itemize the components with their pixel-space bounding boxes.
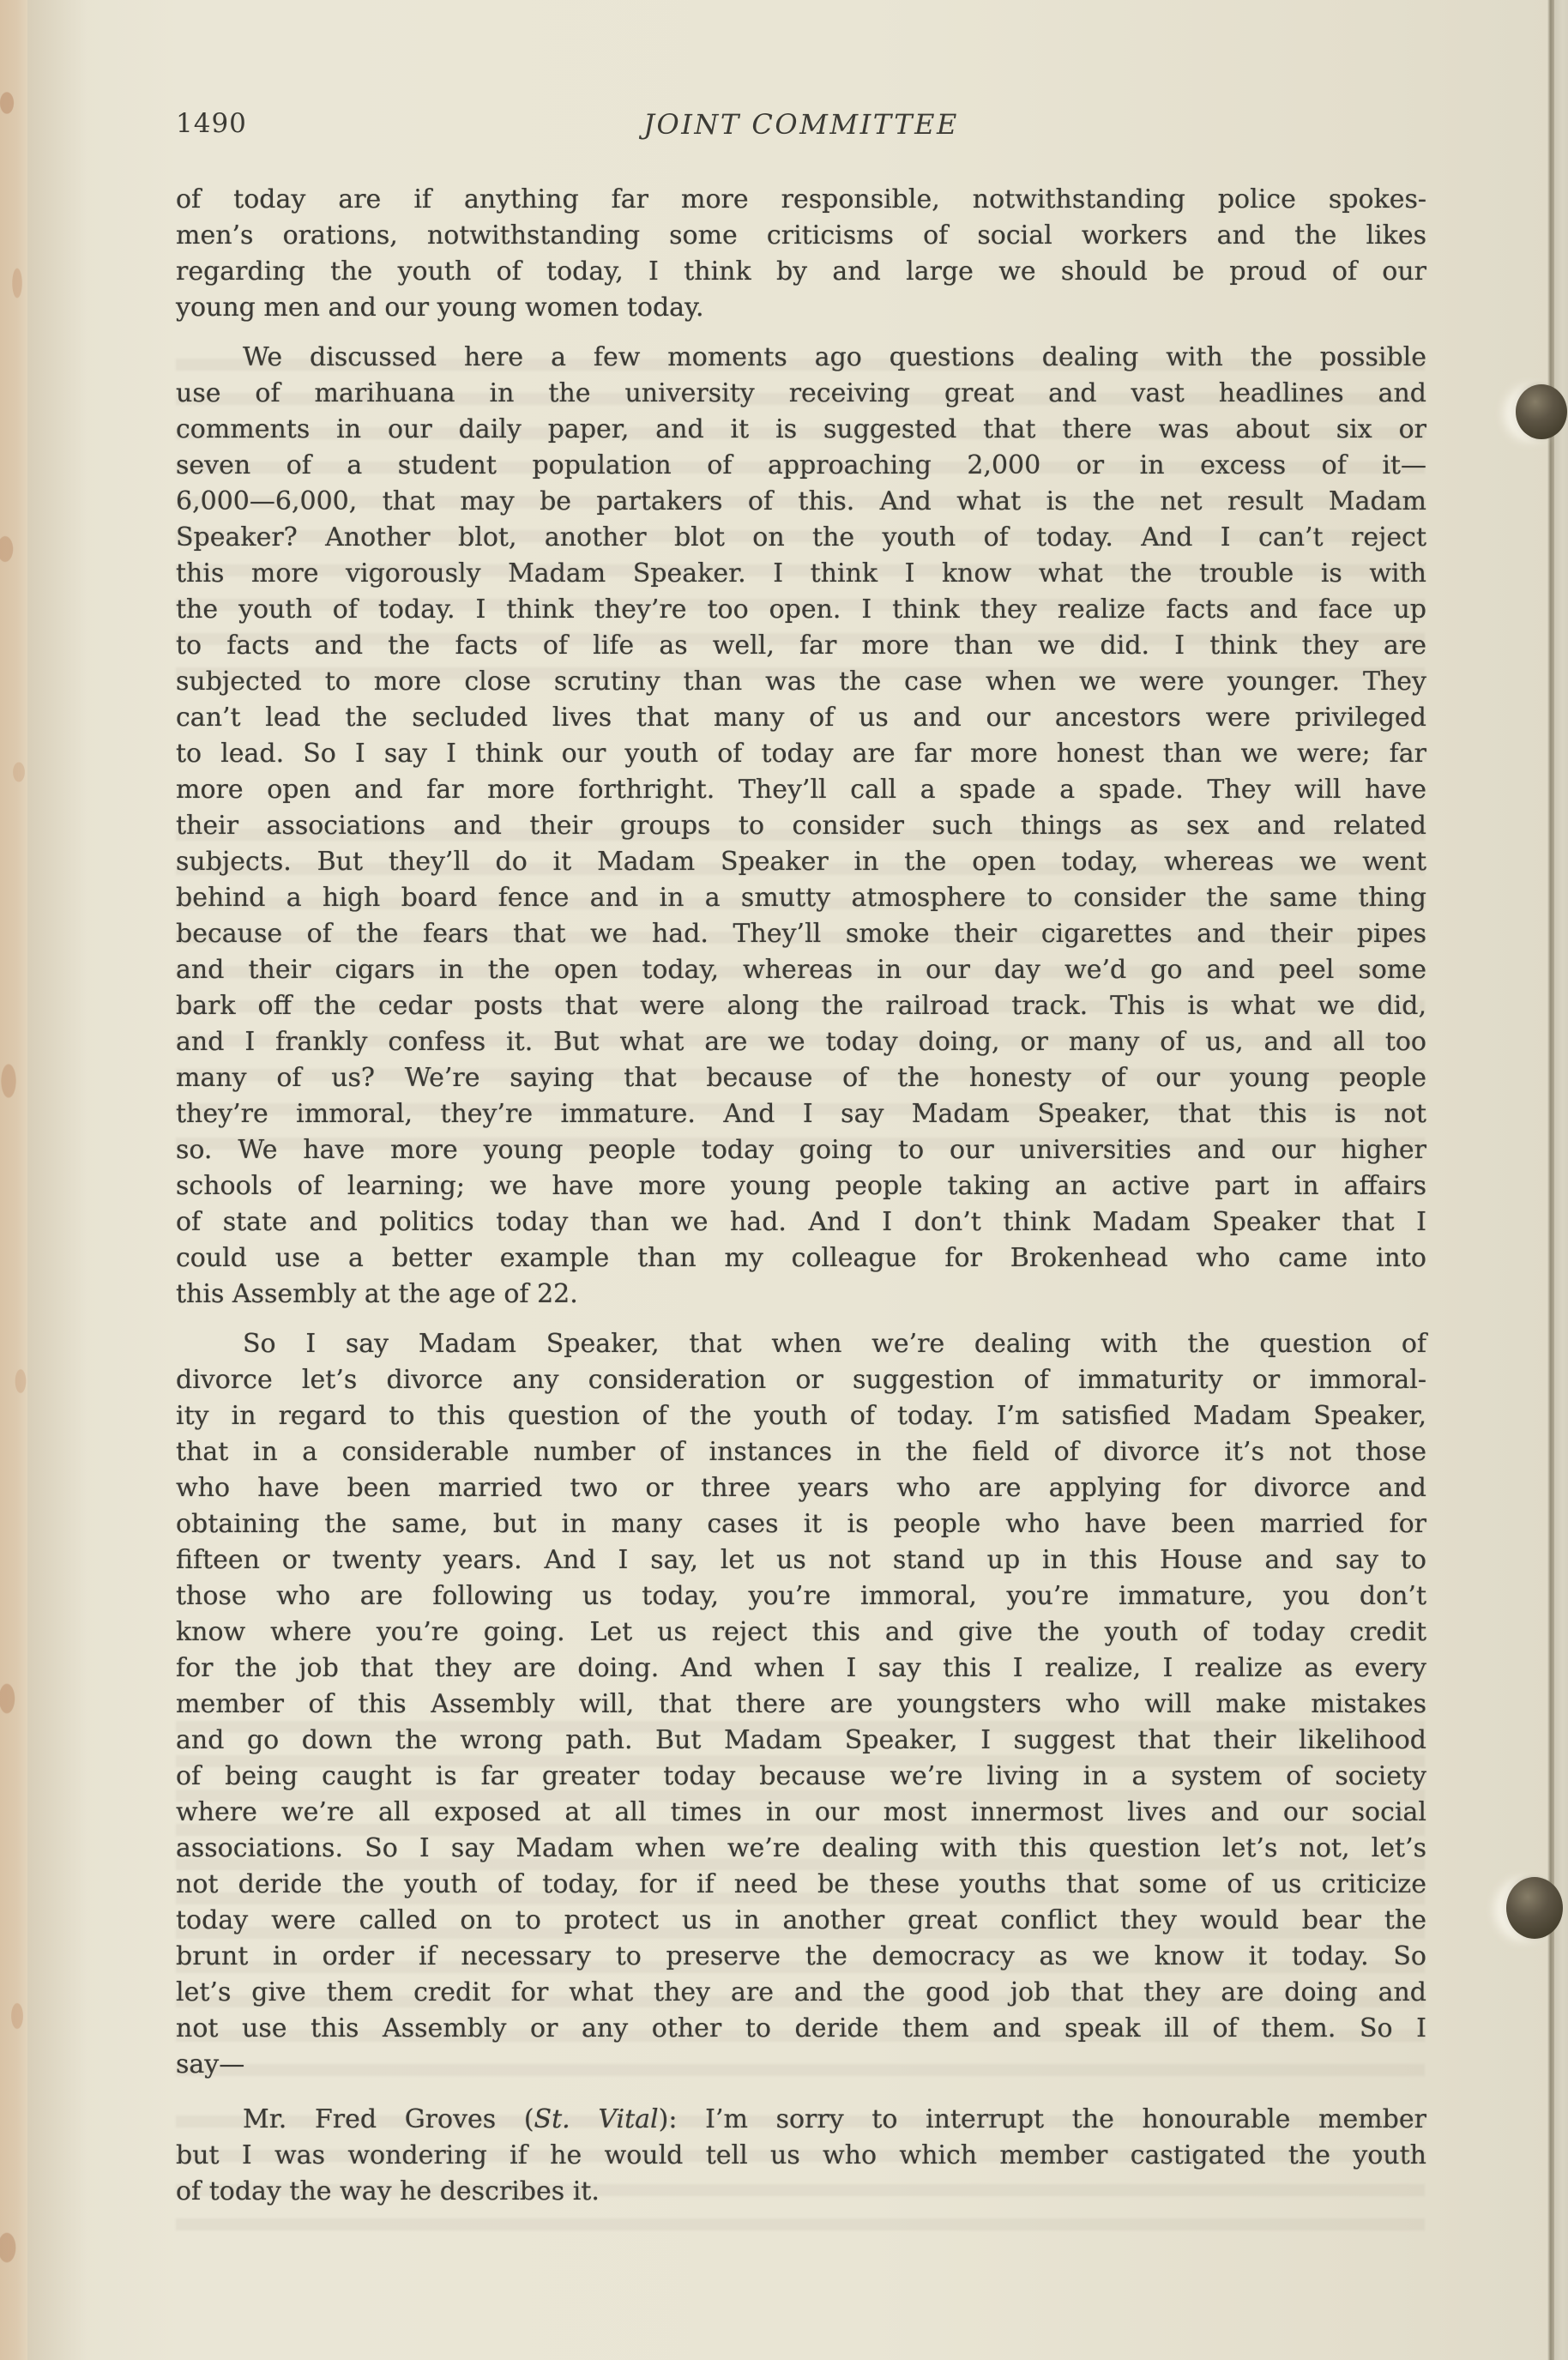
speaker-text: Mr. Fred Groves (: [243, 2104, 534, 2134]
binder-hole-top: [1516, 384, 1567, 439]
body-line: men’s orations, notwithstanding some cri…: [176, 218, 1426, 254]
paragraph: We discussed here a few moments ago ques…: [176, 340, 1426, 1313]
body-line: of today are if anything far more respon…: [176, 182, 1426, 218]
body-line: obtaining the same, but in many cases it…: [176, 1506, 1426, 1542]
body-line: to facts and the facts of life as well, …: [176, 628, 1426, 664]
body-line: and their cigars in the open today, wher…: [176, 952, 1426, 988]
body-line: today were called on to protect us in an…: [176, 1903, 1426, 1939]
body-line: can’t lead the secluded lives that many …: [176, 700, 1426, 736]
body-line: could use a better example than my colle…: [176, 1240, 1426, 1277]
paragraph: So I say Madam Speaker, that when we’re …: [176, 1326, 1426, 2083]
body-line: Speaker? Another blot, another blot on t…: [176, 520, 1426, 556]
body-line: We discussed here a few moments ago ques…: [176, 340, 1426, 376]
body-line: and go down the wrong path. But Madam Sp…: [176, 1723, 1426, 1759]
body-line: of state and politics today than we had.…: [176, 1204, 1426, 1240]
page-title: JOINT COMMITTEE: [176, 108, 1426, 141]
body-line: associations. So I say Madam when we’re …: [176, 1831, 1426, 1867]
body-line: subjects. But they’ll do it Madam Speake…: [176, 844, 1426, 880]
body-line: say—: [176, 2047, 1426, 2083]
body-line: who have been married two or three years…: [176, 1470, 1426, 1506]
body-line: use of marihuana in the university recei…: [176, 376, 1426, 412]
body-line: brunt in order if necessary to preserve …: [176, 1939, 1426, 1975]
body-line: divorce let’s divorce any consideration …: [176, 1362, 1426, 1398]
body-line: comments in our daily paper, and it is s…: [176, 412, 1426, 448]
body-line: young men and our young women today.: [176, 290, 1426, 326]
body-line: not use this Assembly or any other to de…: [176, 2011, 1426, 2047]
body-line: subjected to more close scrutiny than wa…: [176, 664, 1426, 700]
body-line: many of us? We’re saying that because of…: [176, 1060, 1426, 1096]
body-line: ity in regard to this question of the yo…: [176, 1398, 1426, 1434]
body-line: they’re immoral, they’re immature. And I…: [176, 1096, 1426, 1132]
page-header: 1490 JOINT COMMITTEE: [176, 108, 1426, 146]
scanned-page: 1490 JOINT COMMITTEE of today are if any…: [0, 0, 1568, 2360]
body-line: and I frankly confess it. But what are w…: [176, 1024, 1426, 1060]
page-edge-outer: [1554, 0, 1568, 2360]
body-line: of today the way he describes it.: [176, 2174, 1426, 2210]
body-line: member of this Assembly will, that there…: [176, 1687, 1426, 1723]
body-line: the youth of today. I think they’re too …: [176, 592, 1426, 628]
body-line: regarding the youth of today, I think by…: [176, 254, 1426, 290]
book-binding-edge: [0, 0, 27, 2360]
body-line: 6,000—6,000, that may be partakers of th…: [176, 484, 1426, 520]
body-text: of today are if anything far more respon…: [176, 182, 1426, 2210]
body-line: not deride the youth of today, for if ne…: [176, 1867, 1426, 1903]
body-line: more open and far more forthright. They’…: [176, 772, 1426, 808]
paragraph: of today are if anything far more respon…: [176, 182, 1426, 326]
body-line: where we’re all exposed at all times in …: [176, 1795, 1426, 1831]
page-edge: [1547, 0, 1554, 2360]
body-line: fifteen or twenty years. And I say, let …: [176, 1542, 1426, 1578]
speaker-constituency: St. Vital: [534, 2104, 659, 2134]
body-line: behind a high board fence and in a smutt…: [176, 880, 1426, 916]
binder-hole-bottom: [1506, 1877, 1563, 1939]
binding-shadow: [27, 0, 87, 2360]
body-line: that in a considerable number of instanc…: [176, 1434, 1426, 1470]
body-line: So I say Madam Speaker, that when we’re …: [176, 1326, 1426, 1362]
body-line: for the job that they are doing. And whe…: [176, 1651, 1426, 1687]
body-line: this more vigorously Madam Speaker. I th…: [176, 556, 1426, 592]
body-line: but I was wondering if he would tell us …: [176, 2138, 1426, 2174]
body-line: so. We have more young people today goin…: [176, 1132, 1426, 1168]
body-line: their associations and their groups to c…: [176, 808, 1426, 844]
body-line: of being caught is far greater today bec…: [176, 1759, 1426, 1795]
body-line: to lead. So I say I think our youth of t…: [176, 736, 1426, 772]
paragraph: Mr. Fred Groves (St. Vital): I’m sorry t…: [176, 2102, 1426, 2210]
body-line: bark off the cedar posts that were along…: [176, 988, 1426, 1024]
body-line: this Assembly at the age of 22.: [176, 1277, 1426, 1313]
body-line: seven of a student population of approac…: [176, 448, 1426, 484]
body-line: those who are following us today, you’re…: [176, 1578, 1426, 1615]
body-line: Mr. Fred Groves (St. Vital): I’m sorry t…: [176, 2102, 1426, 2138]
body-line: let’s give them credit for what they are…: [176, 1975, 1426, 2011]
speaker-text: ): I’m sorry to interrupt the honourable…: [659, 2104, 1426, 2134]
body-line: because of the fears that we had. They’l…: [176, 916, 1426, 952]
body-line: schools of learning; we have more young …: [176, 1168, 1426, 1204]
body-line: know where you’re going. Let us reject t…: [176, 1615, 1426, 1651]
